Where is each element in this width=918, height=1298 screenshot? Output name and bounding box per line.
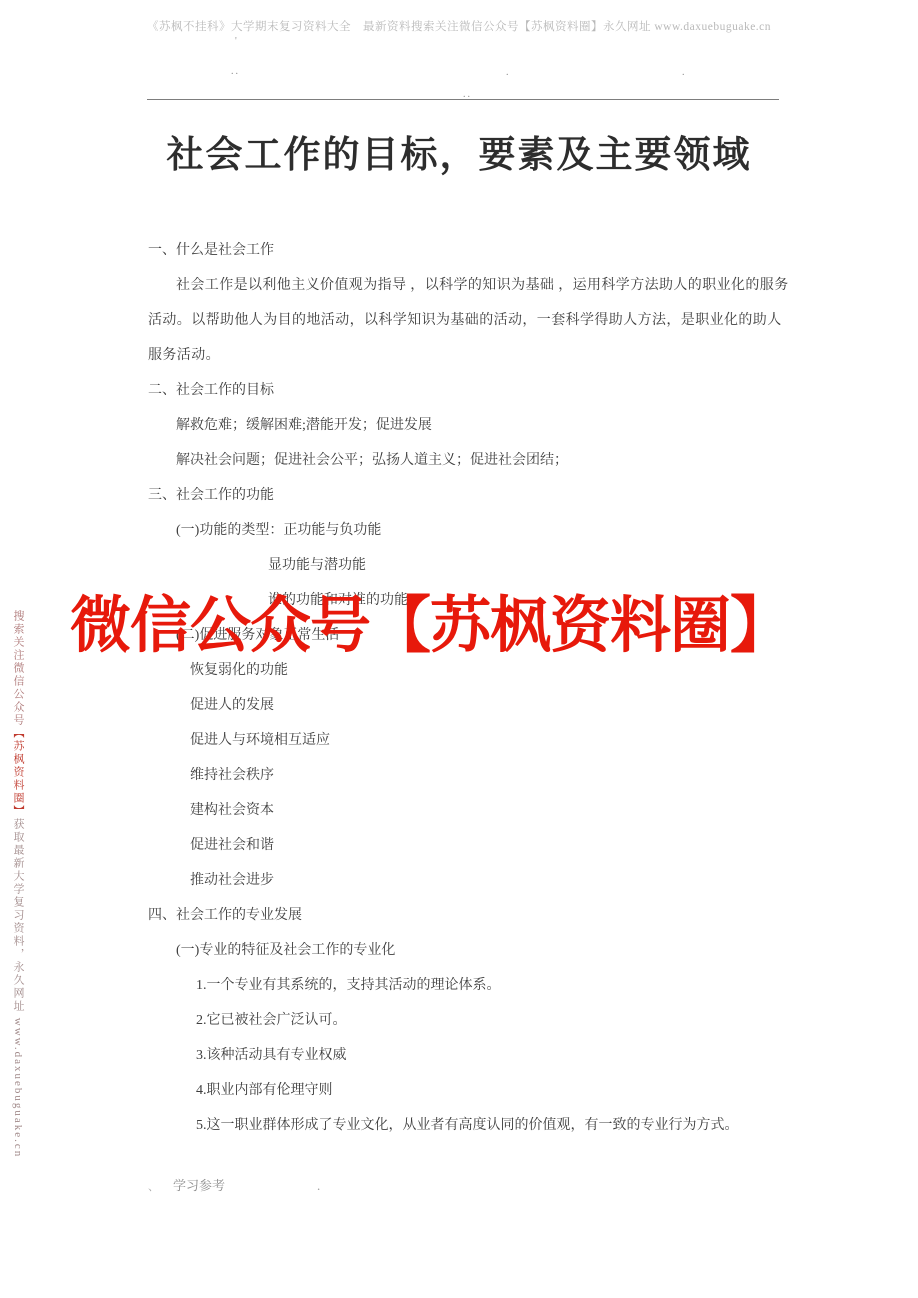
heading-3: 三、社会工作的功能 [148,478,791,513]
header-rule-line [147,99,779,100]
page-header-text: 《苏枫不挂科》大学期末复习资料大全 最新资料搜索关注微信公众号【苏枫资料圈】永久… [0,18,918,34]
numbered-item-5: 5.这一职业群体形成了专业文化，从业者有高度认同的价值观，有一致的专业行为方式。 [148,1108,791,1143]
footer-period: . [317,1178,320,1193]
footer-prefix-mark: 、 [148,1181,159,1193]
list-item: 推动社会进步 [148,863,791,898]
heading-2: 二、社会工作的目标 [148,373,791,408]
heading-1: 一、什么是社会工作 [148,233,791,268]
list-item: 建构社会资本 [148,793,791,828]
function-type-line: (一)功能的类型：正功能与负功能 [148,513,791,548]
footer-label: 学习参考 [173,1178,225,1193]
stray-dot-right: . [682,67,687,78]
sidebar-watermark-seg1: 搜索关注微信公众号 [12,610,24,727]
list-item: 促进社会和谐 [148,828,791,863]
red-watermark: 微信公众号【苏枫资料圈】 [70,592,918,662]
document-body: 一、什么是社会工作 社会工作是以利他主义价值观为指导 ，以科学的知识为基础 ，运… [148,233,791,1205]
stray-dots-left: .. [231,66,240,77]
heading-4: 四、社会工作的专业发展 [148,898,791,933]
numbered-item-1: 1.一个专业有其系统的，支持其活动的理论体系。 [148,968,791,1003]
goal-line-2: 解决社会问题；促进社会公平；弘扬人道主义；促进社会团结； [148,443,791,478]
header-stray-mark: ' [235,36,237,47]
list-item: 维持社会秩序 [148,758,791,793]
paragraph-definition: 社会工作是以利他主义价值观为指导 ，以科学的知识为基础 ，运用科学方法助人的职业… [148,268,791,373]
sidebar-watermark-seg3: 获取最新大学复习资料，永久网址 www.daxuebuguake.cn [12,818,24,1158]
numbered-item-4: 4.职业内部有伦理守则 [148,1073,791,1108]
sidebar-vertical-watermark: 搜索关注微信公众号【苏枫资料圈】获取最新大学复习资料，永久网址 www.daxu… [5,610,31,1292]
page-title: 社会工作的目标，要素及主要领域 [0,124,918,178]
numbered-item-2: 2.它已被社会广泛认可。 [148,1003,791,1038]
list-item: 促进人与环境相互适应 [148,723,791,758]
stray-dot-mid: . [506,67,511,78]
document-page: 《苏枫不挂科》大学期末复习资料大全 最新资料搜索关注微信公众号【苏枫资料圈】永久… [0,0,918,1298]
profession-section: (一)专业的特征及社会工作的专业化 [148,933,791,968]
list-item: 促进人的发展 [148,688,791,723]
goal-line-1: 解救危难；缓解困难;潜能开发；促进发展 [148,408,791,443]
numbered-item-3: 3.该种活动具有专业权威 [148,1038,791,1073]
function-sub-line-1: 显功能与潜功能 [148,548,791,583]
sidebar-watermark-seg2: 【苏枫资料圈】 [12,727,24,818]
study-reference-line: 、学习参考. [148,1168,791,1205]
